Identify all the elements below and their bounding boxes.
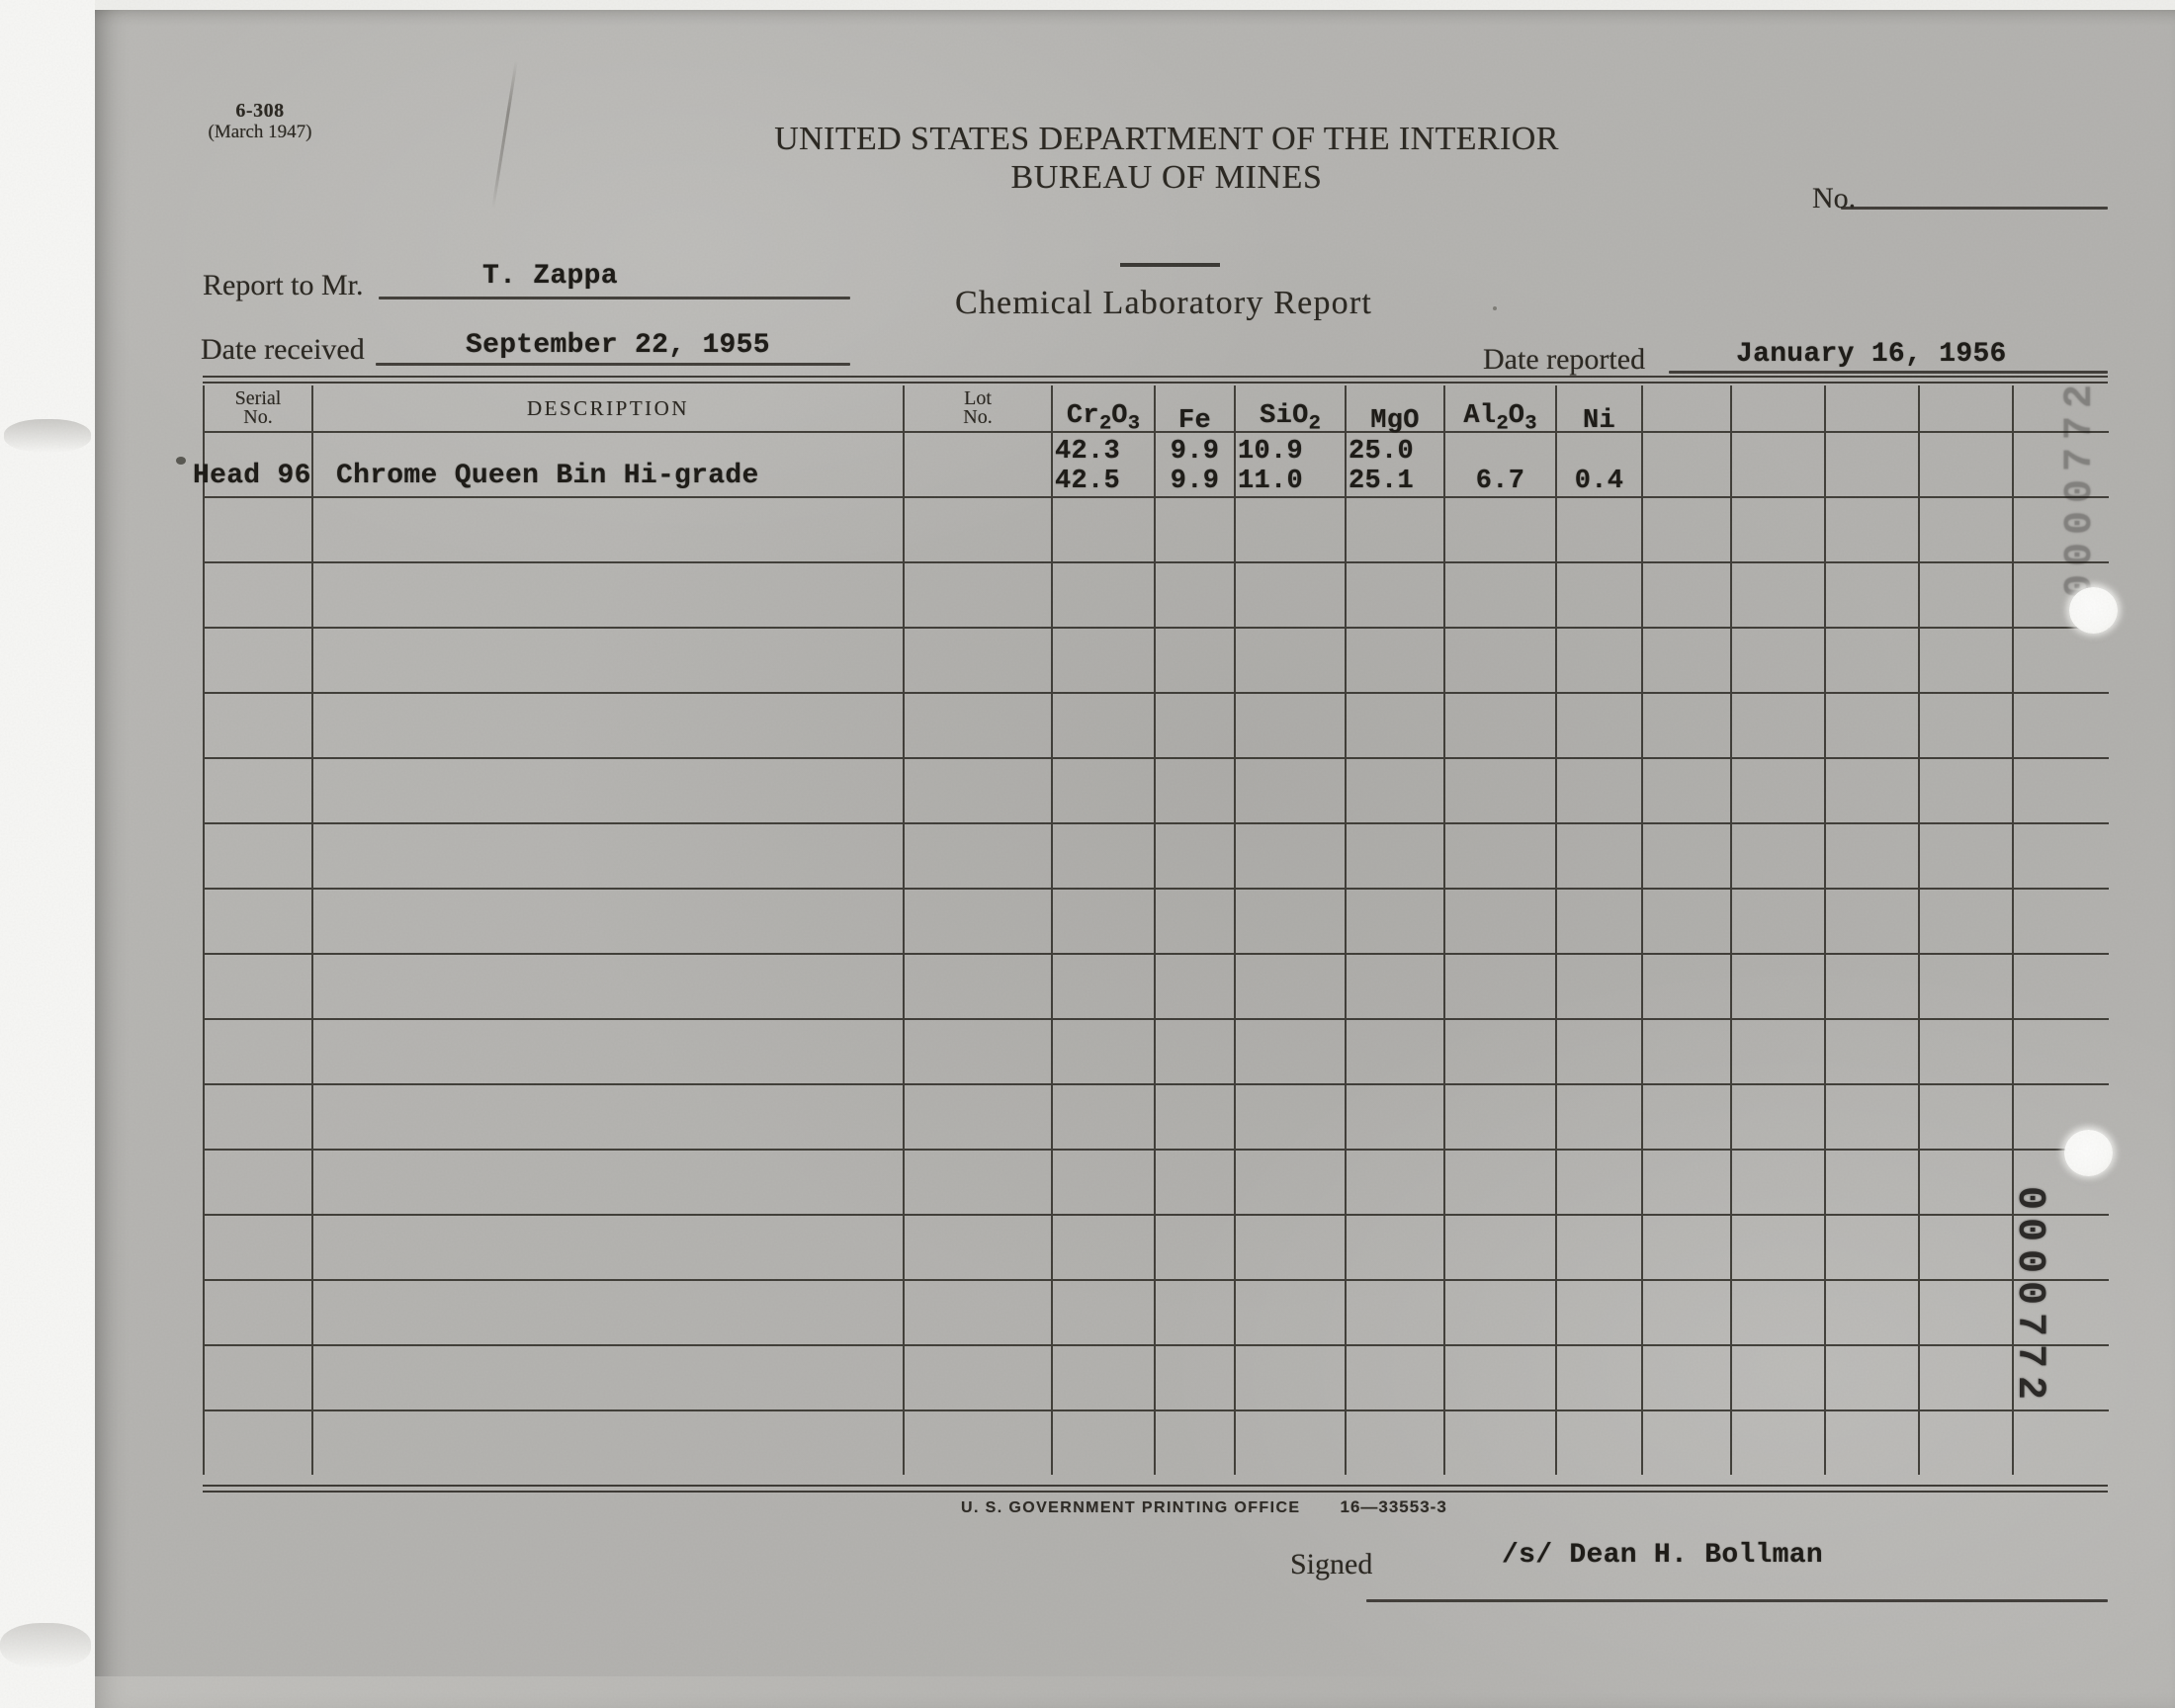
- punch-hole-bottom: [2064, 1130, 2113, 1176]
- cell-empty: [1642, 628, 1731, 693]
- cell-empty: [1235, 628, 1346, 693]
- cell-empty: [1346, 1019, 1444, 1084]
- cell-empty: [1346, 1215, 1444, 1280]
- scanner-margin-top: [95, 0, 2175, 10]
- cell-empty: [1155, 1084, 1235, 1150]
- cell-empty: [904, 562, 1052, 628]
- form-number-block: 6-308 (March 1947): [194, 101, 326, 142]
- report-to-line: [379, 297, 850, 299]
- table-row-empty: [204, 1280, 2109, 1345]
- cell-empty: [1642, 693, 1731, 758]
- cell-empty: [1919, 432, 2013, 497]
- cell-empty: [1052, 497, 1155, 562]
- cell-empty: [1825, 1410, 1919, 1475]
- table-row-empty: [204, 889, 2109, 954]
- cell-empty: [1346, 562, 1444, 628]
- bottom-double-rule-1: [203, 1485, 2108, 1487]
- cell-empty: [1919, 889, 2013, 954]
- top-double-rule-2: [203, 382, 2108, 384]
- cell-empty: [2013, 693, 2109, 758]
- cell-empty: [1919, 1410, 2013, 1475]
- cell-empty: [1155, 497, 1235, 562]
- cell-empty: [1556, 1410, 1642, 1475]
- column-header-mgo: MgO: [1346, 385, 1444, 432]
- cell-empty: [1556, 1280, 1642, 1345]
- cell-empty: [1235, 889, 1346, 954]
- cell-empty: [904, 1019, 1052, 1084]
- number-blank-line: [1841, 207, 2108, 210]
- cell-empty: [1556, 1215, 1642, 1280]
- cell-empty: [312, 1084, 904, 1150]
- cell-empty: [1731, 1084, 1825, 1150]
- cell-empty: [1642, 432, 1731, 497]
- cell-empty: [904, 823, 1052, 889]
- cell-empty: [1444, 1084, 1556, 1150]
- cell-empty: [1155, 1280, 1235, 1345]
- cell-empty: [1155, 1345, 1235, 1410]
- scan-edge-band: [95, 1676, 1499, 1708]
- cell-empty: [1919, 562, 2013, 628]
- column-header-lot-no: LotNo.: [904, 385, 1052, 432]
- cell-empty: [904, 1150, 1052, 1215]
- cell-empty: [204, 693, 312, 758]
- cell-empty: [1235, 1084, 1346, 1150]
- cell-empty: [1556, 1345, 1642, 1410]
- cell-empty: [204, 1019, 312, 1084]
- cell-empty: [1235, 1345, 1346, 1410]
- cell-empty: [1155, 889, 1235, 954]
- cell-empty: [1444, 628, 1556, 693]
- cell-empty: [1642, 1019, 1731, 1084]
- cell-empty: [204, 889, 312, 954]
- cell-empty: [1346, 758, 1444, 823]
- cell-assay-fe: 9.99.9: [1155, 432, 1235, 497]
- ink-speck: [176, 457, 186, 465]
- cell-empty: [1919, 823, 2013, 889]
- cell-empty: [204, 628, 312, 693]
- cell-assay-cr2o3: 42.342.5: [1052, 432, 1155, 497]
- scanner-margin-left: [0, 0, 95, 1708]
- cell-empty: [1444, 889, 1556, 954]
- cell-empty: [1642, 1150, 1731, 1215]
- cell-empty: [1155, 562, 1235, 628]
- cell-empty: [204, 1280, 312, 1345]
- column-header-sio2: SiO2: [1235, 385, 1346, 432]
- cell-empty: [1556, 1150, 1642, 1215]
- column-header-empty: [1731, 385, 1825, 432]
- cell-empty: [2013, 954, 2109, 1019]
- cell-empty: [312, 889, 904, 954]
- cell-empty: [1052, 954, 1155, 1019]
- cell-empty: [1642, 1410, 1731, 1475]
- cell-assay-ni: 0.4: [1556, 432, 1642, 497]
- cell-empty: [1155, 823, 1235, 889]
- paper-crease: [491, 60, 518, 210]
- cell-empty: [904, 1215, 1052, 1280]
- date-reported-line: [1669, 371, 2108, 374]
- ink-speck: [1493, 306, 1497, 310]
- cell-empty: [904, 954, 1052, 1019]
- cell-empty: [1444, 562, 1556, 628]
- table-row-empty: [204, 628, 2109, 693]
- cell-empty: [1642, 823, 1731, 889]
- cell-empty: [1155, 1215, 1235, 1280]
- column-header-empty: [1825, 385, 1919, 432]
- cell-empty: [1825, 693, 1919, 758]
- cell-empty: [1444, 1019, 1556, 1084]
- cell-empty: [1444, 954, 1556, 1019]
- cell-empty: [1825, 1084, 1919, 1150]
- cell-empty: [1052, 1345, 1155, 1410]
- cell-empty: [1444, 1150, 1556, 1215]
- cell-empty: [1052, 1410, 1155, 1475]
- cell-empty: [1825, 758, 1919, 823]
- cell-empty: [312, 1019, 904, 1084]
- cell-empty: [1919, 758, 2013, 823]
- date-received-value: September 22, 1955: [466, 330, 770, 361]
- column-header-cr2o3: Cr2O3: [1052, 385, 1155, 432]
- date-reported-value: January 16, 1956: [1736, 339, 2007, 370]
- department-title: UNITED STATES DEPARTMENT OF THE INTERIOR: [771, 121, 1562, 158]
- cell-empty: [1052, 823, 1155, 889]
- date-received-line: [376, 363, 850, 366]
- cell-assay-al2o3: 6.7: [1444, 432, 1556, 497]
- cell-empty: [1052, 1215, 1155, 1280]
- cell-empty: [1731, 1280, 1825, 1345]
- cell-empty: [1919, 628, 2013, 693]
- top-double-rule-1: [203, 376, 2108, 378]
- cell-empty: [1556, 497, 1642, 562]
- table-row-empty: [204, 1345, 2109, 1410]
- cell-empty: [1346, 1410, 1444, 1475]
- printing-code: 16—33553-3: [1340, 1497, 1446, 1517]
- cell-empty: [2013, 1019, 2109, 1084]
- cell-empty: [1731, 1345, 1825, 1410]
- cell-empty: [1052, 693, 1155, 758]
- cell-empty: [1346, 1150, 1444, 1215]
- cell-empty: [1346, 889, 1444, 954]
- cell-empty: [1444, 1410, 1556, 1475]
- column-header-serial-no: SerialNo.: [204, 385, 312, 432]
- cell-empty: [1052, 562, 1155, 628]
- cell-empty: [1919, 1084, 2013, 1150]
- cell-empty: [1642, 1345, 1731, 1410]
- form-number: 6-308: [194, 101, 326, 122]
- cell-empty: [312, 628, 904, 693]
- scanned-document-page: 6-308 (March 1947) UNITED STATES DEPARTM…: [0, 0, 2175, 1708]
- cell-empty: [312, 1280, 904, 1345]
- cell-empty: [312, 1215, 904, 1280]
- cell-empty: [2013, 758, 2109, 823]
- cell-empty: [1155, 1150, 1235, 1215]
- cell-empty: [1444, 1280, 1556, 1345]
- cell-empty: [1235, 954, 1346, 1019]
- cell-empty: [312, 693, 904, 758]
- cell-empty: [1155, 954, 1235, 1019]
- scan-streak: [4, 419, 91, 453]
- cell-empty: [1444, 758, 1556, 823]
- table-row-empty: [204, 497, 2109, 562]
- signed-line: [1366, 1599, 2108, 1602]
- cell-empty: [312, 497, 904, 562]
- cell-empty: [1919, 1345, 2013, 1410]
- cell-empty: [204, 1084, 312, 1150]
- report-form-paper: 6-308 (March 1947) UNITED STATES DEPARTM…: [95, 10, 2175, 1708]
- cell-empty: [1731, 823, 1825, 889]
- cell-empty: [1346, 693, 1444, 758]
- cell-empty: [312, 562, 904, 628]
- cell-empty: [312, 1410, 904, 1475]
- cell-empty: [204, 823, 312, 889]
- table-row-empty: [204, 1215, 2109, 1280]
- cell-empty: [1642, 562, 1731, 628]
- bottom-double-rule-2: [203, 1491, 2108, 1493]
- cell-empty: [1556, 628, 1642, 693]
- cell-empty: [904, 1410, 1052, 1475]
- cell-empty: [1642, 1215, 1731, 1280]
- cell-empty: [1444, 823, 1556, 889]
- cell-assay-sio2: 10.911.0: [1235, 432, 1346, 497]
- cell-empty: [1052, 1150, 1155, 1215]
- cell-empty: [1919, 954, 2013, 1019]
- cell-empty: [1052, 1019, 1155, 1084]
- cell-empty: [1556, 693, 1642, 758]
- cell-empty: [1235, 1280, 1346, 1345]
- cell-empty: [2013, 823, 2109, 889]
- cell-empty: [1155, 758, 1235, 823]
- table-row-empty: [204, 1019, 2109, 1084]
- cell-empty: [1444, 1215, 1556, 1280]
- report-to-label: Report to Mr.: [203, 269, 364, 302]
- column-header-empty: [1919, 385, 2013, 432]
- cell-empty: [1346, 497, 1444, 562]
- printing-office-line: U. S. GOVERNMENT PRINTING OFFICE 16—3355…: [961, 1497, 1447, 1517]
- table-row-empty: [204, 693, 2109, 758]
- cell-empty: [1642, 1280, 1731, 1345]
- cell-empty: [1556, 1019, 1642, 1084]
- table-row-empty: [204, 1084, 2109, 1150]
- cell-empty: [1731, 1215, 1825, 1280]
- table-row-empty: [204, 954, 2109, 1019]
- cell-serial-no: Head 96: [204, 432, 312, 497]
- cell-empty: [1825, 497, 1919, 562]
- cell-empty: [1346, 628, 1444, 693]
- cell-empty: [1825, 954, 1919, 1019]
- cell-empty: [1556, 1084, 1642, 1150]
- signature-value: /s/ Dean H. Bollman: [1502, 1540, 1823, 1571]
- cell-empty: [1919, 693, 2013, 758]
- cell-empty: [204, 562, 312, 628]
- column-header-al2o3: Al2O3: [1444, 385, 1556, 432]
- cell-empty: [1235, 1215, 1346, 1280]
- cell-empty: [1556, 954, 1642, 1019]
- column-header-empty: [1642, 385, 1731, 432]
- cell-empty: [1731, 432, 1825, 497]
- cell-empty: [1642, 954, 1731, 1019]
- number-label: No.: [1812, 182, 1856, 215]
- column-header-description: DESCRIPTION: [312, 385, 904, 432]
- cell-empty: [204, 1215, 312, 1280]
- cell-empty: [1346, 1084, 1444, 1150]
- cell-empty: [1642, 1084, 1731, 1150]
- cell-empty: [1155, 628, 1235, 693]
- date-received-label: Date received: [201, 333, 365, 367]
- printing-office-text: U. S. GOVERNMENT PRINTING OFFICE: [961, 1499, 1300, 1517]
- cell-empty: [204, 1410, 312, 1475]
- cell-empty: [1825, 1019, 1919, 1084]
- cell-empty: [1444, 693, 1556, 758]
- cell-empty: [1825, 628, 1919, 693]
- column-header-ni: Ni: [1556, 385, 1642, 432]
- punch-hole-top: [2069, 587, 2118, 634]
- cell-empty: [1731, 628, 1825, 693]
- cell-empty: [1825, 889, 1919, 954]
- cell-empty: [1556, 562, 1642, 628]
- scan-streak: [0, 1623, 91, 1668]
- table-row-sample: Head 96Chrome Queen Bin Hi-grade42.342.5…: [204, 432, 2109, 497]
- cell-empty: [1731, 562, 1825, 628]
- cell-empty: [312, 1150, 904, 1215]
- form-revision-date: (March 1947): [194, 122, 326, 142]
- cell-empty: [1052, 1084, 1155, 1150]
- cell-empty: [1919, 1280, 2013, 1345]
- cell-empty: [1052, 758, 1155, 823]
- cell-empty: [1919, 497, 2013, 562]
- cell-empty: [1731, 1410, 1825, 1475]
- cell-empty: [1155, 693, 1235, 758]
- cell-empty: [1346, 954, 1444, 1019]
- cell-empty: [1731, 693, 1825, 758]
- bureau-title: BUREAU OF MINES: [771, 159, 1562, 197]
- cell-empty: [1825, 1280, 1919, 1345]
- cell-empty: [1825, 1345, 1919, 1410]
- report-to-value: T. Zappa: [482, 261, 618, 292]
- table-row-empty: [204, 562, 2109, 628]
- cell-empty: [1556, 823, 1642, 889]
- cell-empty: [904, 693, 1052, 758]
- cell-empty: [1235, 1410, 1346, 1475]
- signed-label: Signed: [1290, 1548, 1372, 1581]
- cell-empty: [1731, 497, 1825, 562]
- cell-empty: [1346, 1280, 1444, 1345]
- report-table: SerialNo.DESCRIPTIONLotNo.Cr2O3FeSiO2MgO…: [203, 385, 2109, 1475]
- cell-empty: [1642, 889, 1731, 954]
- cell-empty: [1155, 1410, 1235, 1475]
- table-row-empty: [204, 1410, 2109, 1475]
- cell-empty: [1235, 1019, 1346, 1084]
- title-divider-dash: [1120, 263, 1220, 267]
- cell-empty: [1444, 497, 1556, 562]
- cell-empty: [1155, 1019, 1235, 1084]
- cell-empty: [904, 889, 1052, 954]
- cell-empty: [2013, 889, 2109, 954]
- report-title: Chemical Laboratory Report: [768, 285, 1559, 322]
- cell-empty: [1052, 628, 1155, 693]
- cell-empty: [1052, 889, 1155, 954]
- cell-empty: [904, 758, 1052, 823]
- table-row-empty: [204, 1150, 2109, 1215]
- cell-empty: [1235, 497, 1346, 562]
- cell-empty: [1444, 1345, 1556, 1410]
- cell-empty: [1235, 1150, 1346, 1215]
- cell-empty: [1731, 889, 1825, 954]
- serial-stamp: 0000772: [2007, 1149, 2050, 1445]
- cell-empty: [1346, 1345, 1444, 1410]
- cell-empty: [204, 497, 312, 562]
- cell-empty: [1235, 693, 1346, 758]
- cell-empty: [1919, 1019, 2013, 1084]
- cell-empty: [904, 1084, 1052, 1150]
- cell-empty: [1235, 758, 1346, 823]
- cell-empty: [1642, 758, 1731, 823]
- cell-empty: [904, 497, 1052, 562]
- table-row-empty: [204, 758, 2109, 823]
- cell-empty: [1642, 497, 1731, 562]
- cell-empty: [1825, 1215, 1919, 1280]
- cell-empty: [1919, 1215, 2013, 1280]
- cell-empty: [1825, 1150, 1919, 1215]
- cell-empty: [204, 954, 312, 1019]
- cell-empty: [312, 758, 904, 823]
- cell-empty: [1825, 823, 1919, 889]
- cell-empty: [1825, 432, 1919, 497]
- cell-empty: [1731, 1150, 1825, 1215]
- cell-empty: [904, 1280, 1052, 1345]
- cell-empty: [1346, 823, 1444, 889]
- column-header-fe: Fe: [1155, 385, 1235, 432]
- date-reported-label: Date reported: [1483, 343, 1645, 377]
- cell-empty: [1731, 758, 1825, 823]
- cell-empty: [1731, 954, 1825, 1019]
- cell-empty: [904, 1345, 1052, 1410]
- cell-empty: [1235, 823, 1346, 889]
- cell-lot-no: [904, 432, 1052, 497]
- table-row-empty: [204, 823, 2109, 889]
- cell-empty: [904, 628, 1052, 693]
- cell-empty: [312, 954, 904, 1019]
- cell-empty: [1052, 1280, 1155, 1345]
- cell-empty: [204, 1345, 312, 1410]
- cell-empty: [1731, 1019, 1825, 1084]
- cell-empty: [1556, 758, 1642, 823]
- cell-empty: [204, 1150, 312, 1215]
- cell-empty: [1825, 562, 1919, 628]
- cell-assay-mgo: 25.025.1: [1346, 432, 1444, 497]
- cell-empty: [1556, 889, 1642, 954]
- cell-empty: [1919, 1150, 2013, 1215]
- cell-empty: [1235, 562, 1346, 628]
- cell-empty: [2013, 628, 2109, 693]
- cell-empty: [312, 823, 904, 889]
- cell-empty: [312, 1345, 904, 1410]
- cell-empty: [204, 758, 312, 823]
- cell-description: Chrome Queen Bin Hi-grade: [312, 432, 904, 497]
